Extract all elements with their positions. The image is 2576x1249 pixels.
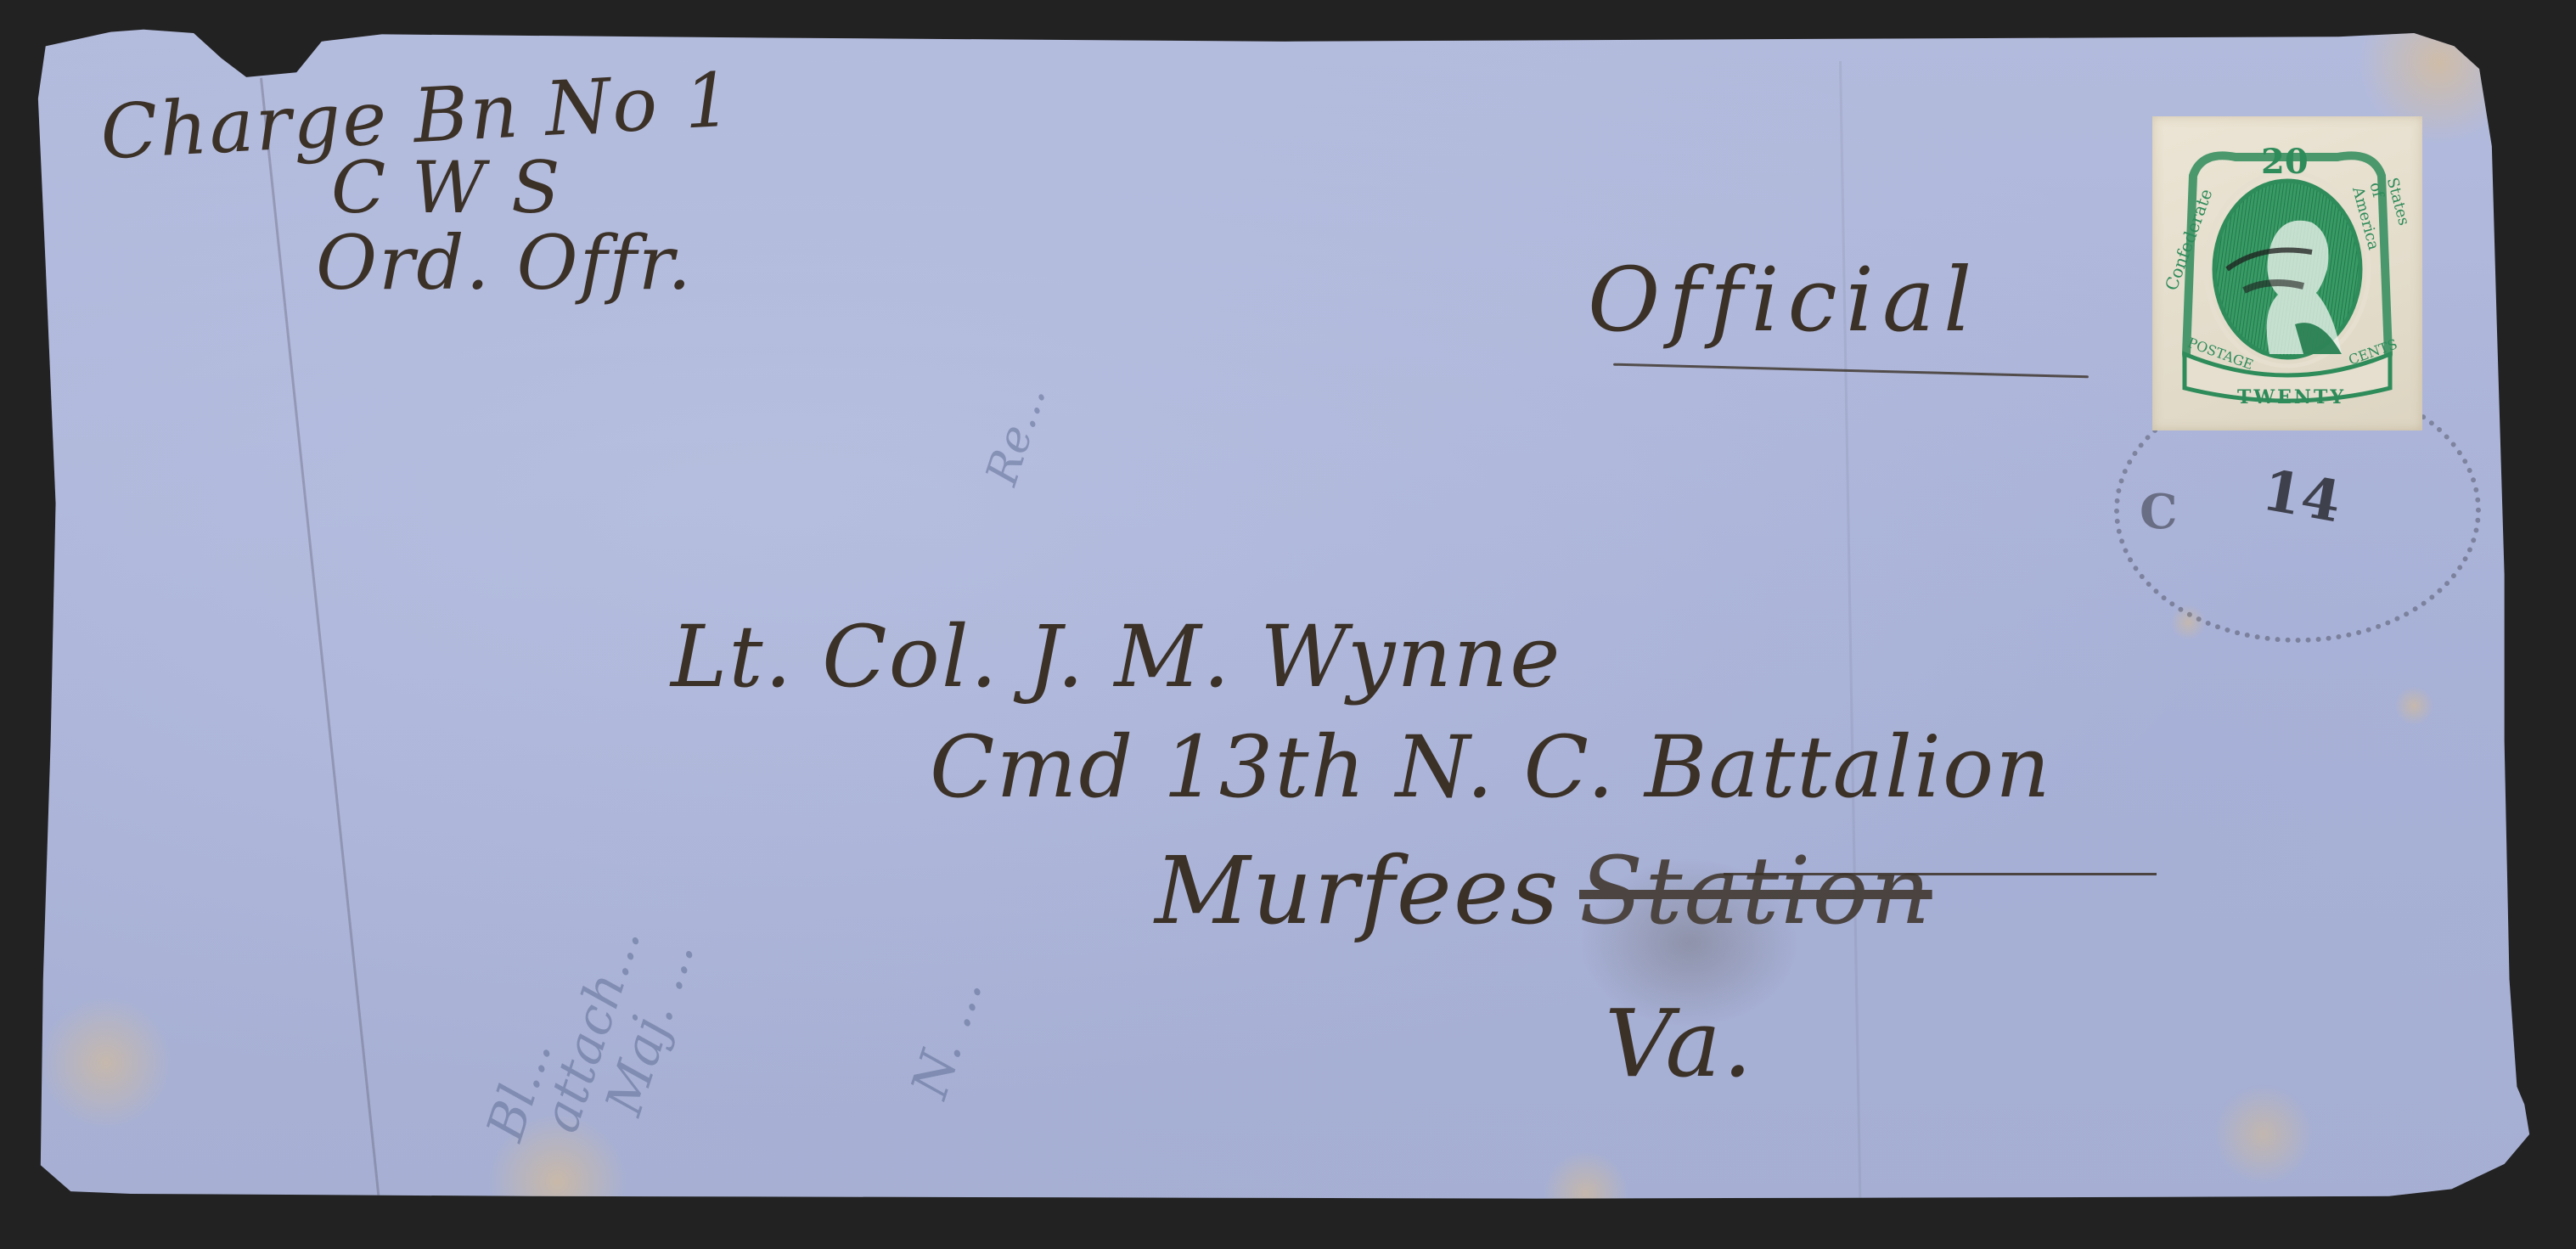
stamp-value: 20 — [2261, 142, 2309, 182]
address-line-1: Lt. Col. J. M. Wynne — [671, 607, 1561, 706]
official-marking: Official — [1588, 248, 1980, 352]
return-notation-line-2: C W S — [331, 146, 562, 229]
stamp-value-word: TWENTY — [2237, 386, 2346, 408]
address-line-2: Cmd 13th N. C. Battalion — [930, 717, 2052, 817]
postmark-day: 14 — [2258, 457, 2346, 536]
fold-crease — [1839, 61, 1862, 1207]
return-notation-line-3: Ord. Offr. — [316, 219, 693, 307]
address-line-3-town: Murfees — [1155, 836, 1560, 945]
address-line-4: Va. — [1605, 989, 1754, 1098]
postmark-letter: C — [2140, 484, 2178, 540]
postage-stamp: 20 Confederate States of America POSTAGE… — [2152, 116, 2422, 430]
strike-line — [1724, 873, 2157, 875]
